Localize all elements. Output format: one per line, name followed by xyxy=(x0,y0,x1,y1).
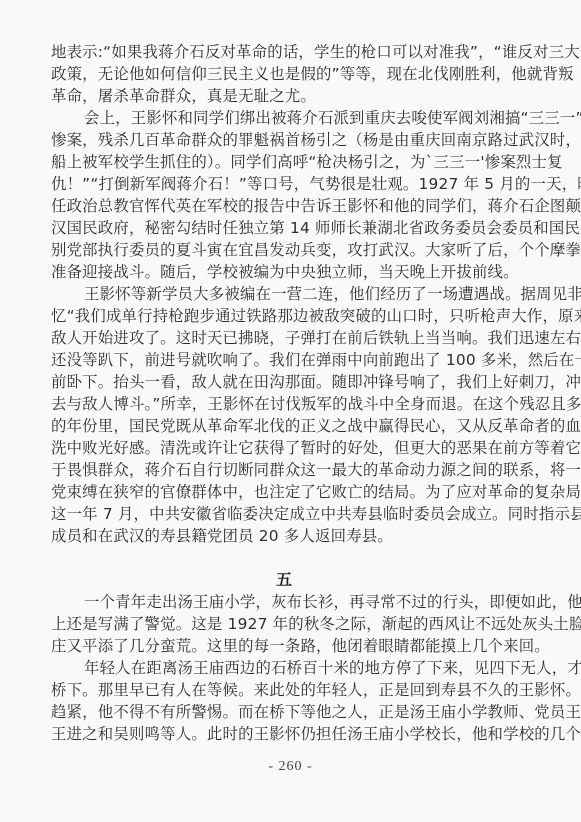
text-line: 别党部执行委员的夏斗寅在宜昌发动兵变，攻打武汉。大家听了后，个个摩拳擦掌， xyxy=(51,239,517,261)
text-line: 趋紧，他不得不有所警惕。而在桥下等他之人，正是汤王庙小学教师、党员王培德、 xyxy=(51,701,517,723)
text-line: 洗中败光好感。清洗或许让它获得了暂时的好处，但更大的恶果在前方等着它。由 xyxy=(51,437,517,459)
text-line: 忆“我们成单行持枪跑步通过铁路那边被敌突破的山口时，只听枪声大作，原来是 xyxy=(51,305,517,327)
text-line: 革命，屠杀革命群众，真是无耻之尤。 xyxy=(51,85,517,107)
text-line: 一个青年走出汤王庙小学，灰布长衫，再寻常不过的行头，即便如此，他的脸 xyxy=(51,591,517,613)
paragraph: 王影怀等新学员大多被编在一营二连，他们经历了一场遭遇战。据周见非回 忆“我们成单… xyxy=(51,283,517,547)
text-line: 桥下。那里早已有人在等候。来此处的年轻人，正是回到寿县不久的王影怀。时风 xyxy=(51,679,517,701)
body-text: 地表示:“如果我蒋介石反对革命的话，学生的枪口可以对准我”，“谁反对三大 政策，… xyxy=(51,41,517,745)
text-line: 年轻人在距离汤王庙西边的石桥百十米的地方停了下来，见四下无人，才走到 xyxy=(51,657,517,679)
paragraph: 会上，王影怀和同学们绑出被蒋介石派到重庆去唆使军阀刘湘搞“三三一” 惨案，残杀几… xyxy=(51,107,517,283)
text-line: 敌人开始进攻了。这时天已拂晓，子弹打在前后铁轨上当当响。我们迅速左右散开， xyxy=(51,327,517,349)
text-line: 仇！”“打倒新军阀蒋介石！”等口号，气势很是壮观。1927 年 5 月的一天，时 xyxy=(51,173,517,195)
text-line: 前卧下。抬头一看，敌人就在田沟那面。随即冲锋号响了，我们上好刺刀，冲下坡 xyxy=(51,371,517,393)
text-line: 王影怀等新学员大多被编在一营二连，他们经历了一场遭遇战。据周见非回 xyxy=(51,283,517,305)
text-line: 船上被军校学生抓住的）。同学们高呼“枪决杨引之，为`三三一'惨案烈士复 xyxy=(51,151,517,173)
text-line: 庄又平添了几分蛮荒。这里的每一条路，他闭着眼睛都能摸上几个来回。 xyxy=(51,635,517,657)
text-line: 准备迎接战斗。随后，学校被编为中央独立师，当天晚上开拔前线。 xyxy=(51,261,517,283)
text-line: 上还是写满了警觉。这是 1927 年的秋冬之际，渐起的西风让不远处灰头土脸的村 xyxy=(51,613,517,635)
text-line: 于畏惧群众，蒋介石自行切断同群众这一最大的革命动力源之间的联系，将一个政 xyxy=(51,459,517,481)
paragraph: 地表示:“如果我蒋介石反对革命的话，学生的枪口可以对准我”，“谁反对三大 政策，… xyxy=(51,41,517,107)
paragraph: 一个青年走出汤王庙小学，灰布长衫，再寻常不过的行头，即便如此，他的脸 上还是写满… xyxy=(51,591,517,657)
text-line: 王进之和吴则鸣等人。此时的王影怀仍担任汤王庙小学校长，他和学校的几个党员 xyxy=(51,723,517,745)
text-line: 会上，王影怀和同学们绑出被蒋介石派到重庆去唆使军阀刘湘搞“三三一” xyxy=(51,107,517,129)
text-line: 惨案，残杀几百革命群众的罪魁祸首杨引之（杨是由重庆回南京路过武汉时，在 xyxy=(51,129,517,151)
text-line: 地表示:“如果我蒋介石反对革命的话，学生的枪口可以对准我”，“谁反对三大 xyxy=(51,41,517,63)
section-title: 五 xyxy=(51,569,517,591)
text-line: 这一年 7 月，中共安徽省临委决定成立中共寿县临时委员会成立。同时指示县临委 xyxy=(51,503,517,525)
spacer xyxy=(51,547,517,569)
text-line: 的年份里，国民党既从革命军北伐的正义之战中赢得民心，又从反革命者的血腥清 xyxy=(51,415,517,437)
document-page: 地表示:“如果我蒋介石反对革命的话，学生的枪口可以对准我”，“谁反对三大 政策，… xyxy=(0,0,581,822)
text-line: 党束缚在狭窄的官僚群体中，也注定了它败亡的结局。为了应对革命的复杂局面， xyxy=(51,481,517,503)
text-line: 去与敌人博斗。”所幸，王影怀在讨伐叛军的战斗中全身而退。在这个残忍且多变 xyxy=(51,393,517,415)
page-number: - 260 - xyxy=(0,759,581,775)
text-line: 政策，无论他如何信仰三民主义也是假的”等等，现在北伐刚胜利，他就背叛 xyxy=(51,63,517,85)
text-line: 任政治总教官恽代英在军校的报告中告诉王影怀和他的同学们，蒋介石企图颠覆武 xyxy=(51,195,517,217)
text-line: 成员和在武汉的寿县籍党团员 20 多人返回寿县。 xyxy=(51,525,517,547)
paragraph: 年轻人在距离汤王庙西边的石桥百十米的地方停了下来，见四下无人，才走到 桥下。那里… xyxy=(51,657,517,745)
text-line: 还没等趴下，前进号就吹响了。我们在弹雨中向前跑出了 100 多米，然后在一道土埂 xyxy=(51,349,517,371)
text-line: 汉国民政府，秘密勾结时任独立第 14 师师长兼湖北省政务委员会委员和国民党特 xyxy=(51,217,517,239)
